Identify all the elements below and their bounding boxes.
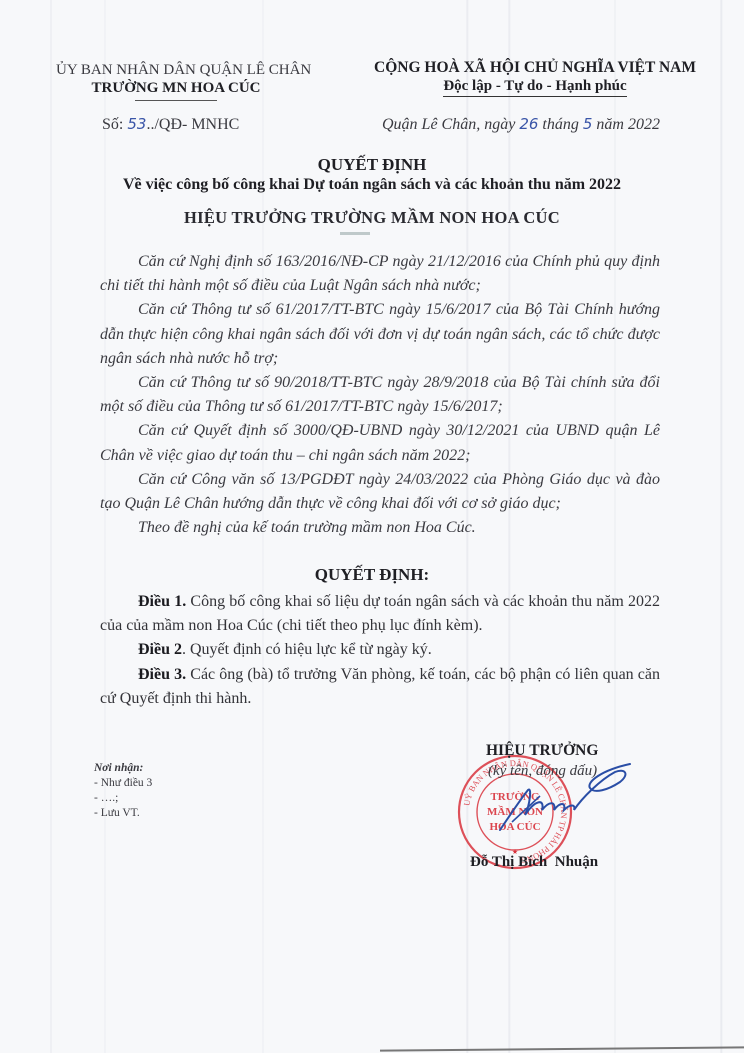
article-label: Điều 2 (138, 641, 182, 658)
article-label: Điều 1. (138, 593, 186, 610)
issuer-header: ỦY BAN NHÂN DÂN QUẬN LÊ CHÂN TRƯỜNG MN H… (56, 62, 296, 101)
basis-item: Căn cứ Thông tư số 61/2017/TT-BTC ngày 1… (100, 298, 660, 371)
handwritten-month: 5 (583, 115, 593, 133)
document-page: ỦY BAN NHÂN DÂN QUẬN LÊ CHÂN TRƯỜNG MN H… (0, 0, 744, 1053)
signer-name: Đỗ Thị Bích Nhuận (470, 854, 598, 871)
decision-heading: QUYẾT ĐỊNH: (0, 565, 744, 585)
document-title: QUYẾT ĐỊNH (0, 155, 744, 175)
recipients-block: Nơi nhận: - Như điều 3 - ….; - Lưu VT. (94, 761, 152, 821)
legal-bases: Căn cứ Nghị định số 163/2016/NĐ-CP ngày … (100, 250, 660, 540)
document-number: Số: 53../QĐ- MNHC (102, 115, 239, 134)
national-motto: Độc lập - Tự do - Hạnh phúc (443, 78, 626, 97)
issuing-authority: HIỆU TRƯỞNG TRƯỜNG MẦM NON HOA CÚC (0, 208, 744, 228)
signer-title: HIỆU TRƯỞNG (486, 742, 598, 760)
handwritten-day: 26 (519, 115, 538, 133)
articles: Điều 1. Công bố công khai số liệu dự toá… (100, 590, 660, 711)
agency-name: ỦY BAN NHÂN DÂN QUẬN LÊ CHÂN (56, 62, 296, 79)
article-text: . Quyết định có hiệu lực kể từ ngày ký. (182, 641, 432, 658)
article-3: Điều 3. Các ông (bà) tổ trưởng Văn phòng… (100, 663, 660, 711)
article-label: Điều 3. (138, 666, 186, 683)
page-edge (380, 1046, 744, 1051)
basis-item: Căn cứ Thông tư số 90/2018/TT-BTC ngày 2… (100, 371, 660, 419)
recipient-item: - ….; (94, 791, 152, 806)
handwritten-signature-icon (490, 760, 640, 840)
national-title: CỘNG HOÀ XÃ HỘI CHỦ NGHĨA VIỆT NAM (362, 59, 708, 77)
handwritten-doc-number: 53 (127, 115, 146, 133)
basis-item: Căn cứ Quyết định số 3000/QĐ-UBND ngày 3… (100, 419, 660, 467)
school-name: TRƯỜNG MN HOA CÚC (56, 80, 296, 97)
date-place: Quận Lê Chân, ngày (382, 116, 519, 133)
article-1: Điều 1. Công bố công khai số liệu dự toá… (100, 590, 660, 638)
month-label: tháng (538, 116, 582, 133)
basis-item: Căn cứ Công văn số 13/PGDĐT ngày 24/03/2… (100, 468, 660, 516)
document-subtitle: Về việc công bố công khai Dự toán ngân s… (0, 176, 744, 194)
doc-number-suffix: ../QĐ- MNHC (146, 116, 239, 133)
header-divider (135, 100, 217, 101)
date-line: Quận Lê Chân, ngày 26 tháng 5 năm 2022 (382, 115, 660, 134)
recipients-label: Nơi nhận: (94, 761, 152, 776)
doc-number-prefix: Số: (102, 116, 127, 133)
recipient-item: - Như điều 3 (94, 776, 152, 791)
national-header: CỘNG HOÀ XÃ HỘI CHỦ NGHĨA VIỆT NAM Độc l… (362, 59, 708, 97)
article-2: Điều 2. Quyết định có hiệu lực kể từ ngà… (100, 638, 660, 662)
basis-item: Theo đề nghị của kế toán trường mầm non … (100, 516, 660, 540)
recipient-item: - Lưu VT. (94, 806, 152, 821)
year-label: năm 2022 (592, 116, 660, 133)
basis-item: Căn cứ Nghị định số 163/2016/NĐ-CP ngày … (100, 250, 660, 298)
divider-mark (340, 232, 370, 235)
